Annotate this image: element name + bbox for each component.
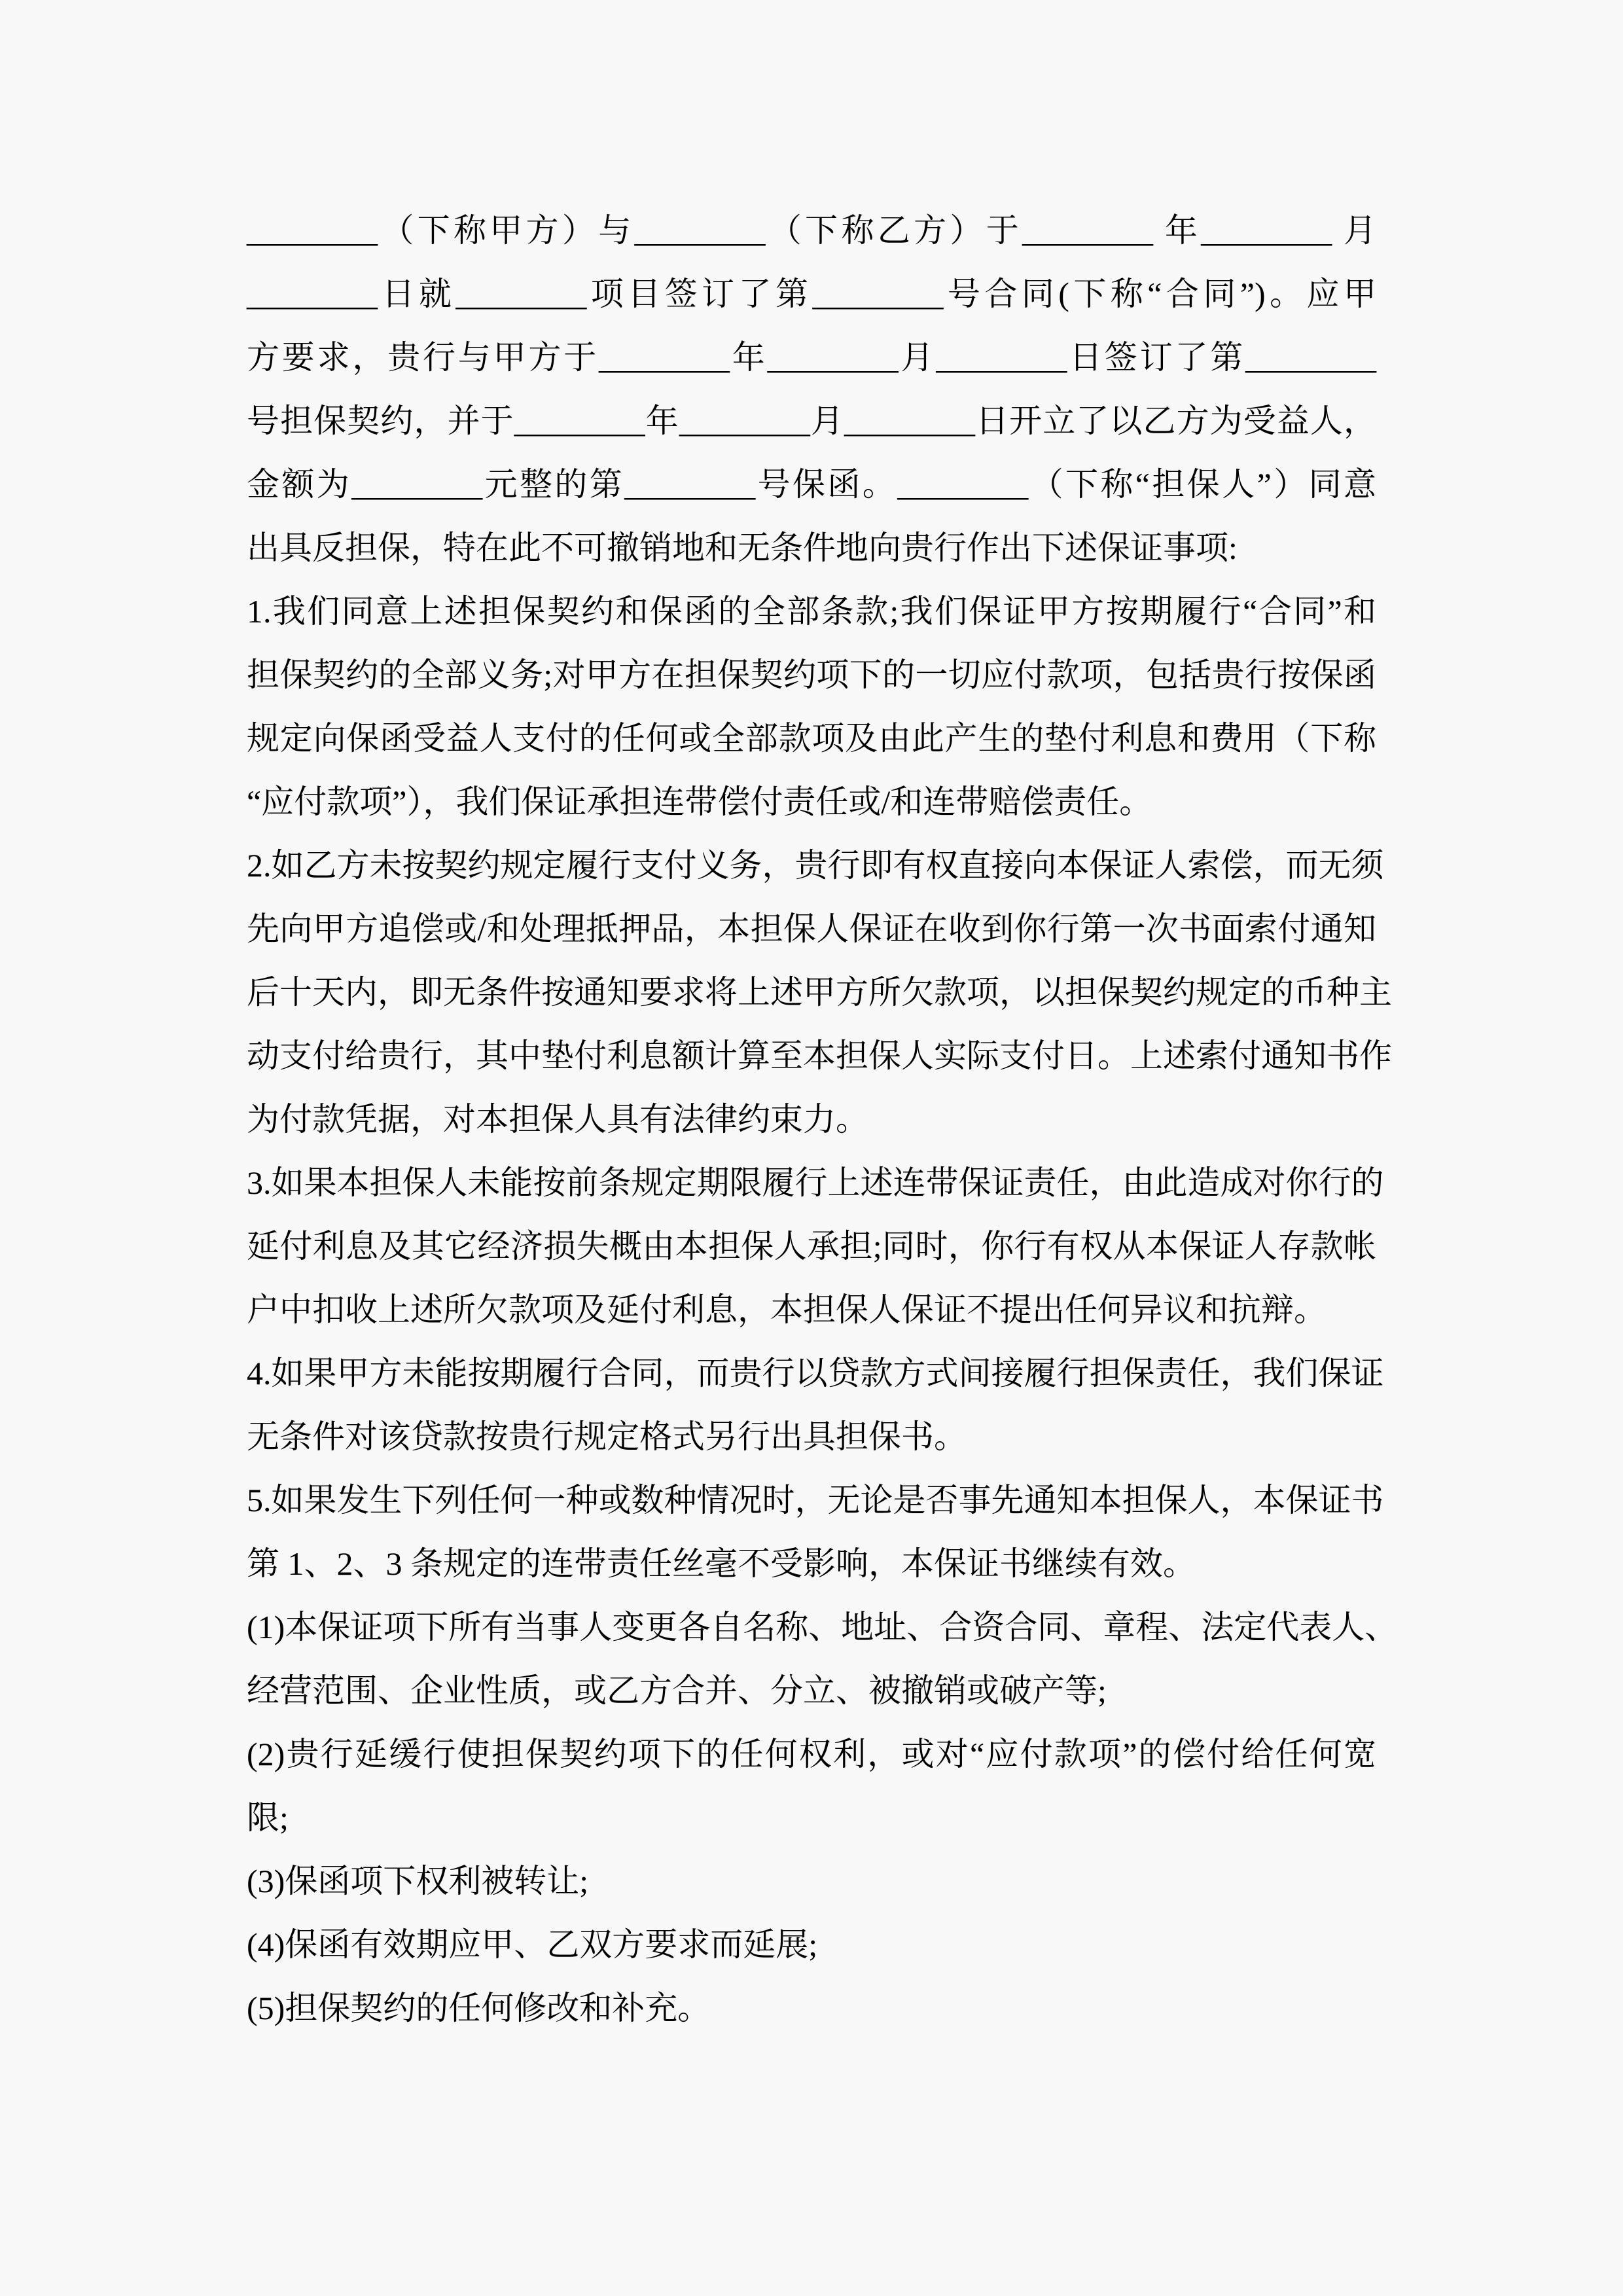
contract-text-block: ________（下称甲方）与________（下称乙方）于________ 年… — [247, 199, 1376, 2040]
doc-line-12: 先向甲方追偿或/和处理抵押品，本担保人保证在收到你行第一次书面索付通知 — [247, 897, 1376, 961]
doc-line-4: 号担保契约，并于________年________月________日开立了以乙… — [247, 389, 1376, 453]
doc-line-6: 出具反担保，特在此不可撤销地和无条件地向贵行作出下述保证事项: — [247, 516, 1376, 580]
doc-line-1: ________（下称甲方）与________（下称乙方）于________ 年… — [247, 199, 1376, 262]
doc-line-23: (1)本保证项下所有当事人变更各自名称、地址、合资合同、章程、法定代表人、 — [247, 1596, 1376, 1659]
doc-line-24: 经营范围、企业性质，或乙方合并、分立、被撤销或破产等; — [247, 1659, 1376, 1723]
doc-line-8: 担保契约的全部义务;对甲方在担保契约项下的一切应付款项，包括贵行按保函 — [247, 643, 1376, 707]
doc-line-22: 第 1、2、3 条规定的连带责任丝毫不受影响，本保证书继续有效。 — [247, 1532, 1376, 1596]
doc-line-14: 动支付给贵行，其中垫付利息额计算至本担保人实际支付日。上述索付通知书作 — [247, 1024, 1376, 1088]
doc-line-10: “应付款项”），我们保证承担连带偿付责任或/和连带赔偿责任。 — [247, 770, 1376, 834]
doc-line-27: (3)保函项下权利被转让; — [247, 1850, 1376, 1913]
doc-line-20: 无条件对该贷款按贵行规定格式另行出具担保书。 — [247, 1405, 1376, 1469]
document-page: ________（下称甲方）与________（下称乙方）于________ 年… — [0, 0, 1623, 2296]
doc-line-25: (2)贵行延缓行使担保契约项下的任何权利，或对“应付款项”的偿付给任何宽 — [247, 1723, 1376, 1786]
doc-line-17: 延付利息及其它经济损失概由本担保人承担;同时，你行有权从本保证人存款帐 — [247, 1215, 1376, 1278]
doc-line-11: 2.如乙方未按契约规定履行支付义务，贵行即有权直接向本保证人索偿，而无须 — [247, 834, 1376, 897]
doc-line-16: 3.如果本担保人未能按前条规定期限履行上述连带保证责任，由此造成对你行的 — [247, 1151, 1376, 1215]
doc-line-2: ________日就________项目签订了第________号合同(下称“合… — [247, 262, 1376, 326]
doc-line-3: 方要求，贵行与甲方于________年________月________日签订了… — [247, 326, 1376, 389]
doc-line-9: 规定向保函受益人支付的任何或全部款项及由此产生的垫付利息和费用（下称 — [247, 707, 1376, 770]
doc-line-28: (4)保函有效期应甲、乙双方要求而延展; — [247, 1913, 1376, 1977]
screenshot-root: { "page": { "background": "#f8f8f8", "te… — [0, 0, 1623, 2296]
doc-line-26: 限; — [247, 1786, 1376, 1850]
doc-line-18: 户中扣收上述所欠款项及延付利息，本担保人保证不提出任何异议和抗辩。 — [247, 1278, 1376, 1342]
doc-line-13: 后十天内，即无条件按通知要求将上述甲方所欠款项，以担保契约规定的币种主 — [247, 961, 1376, 1024]
doc-line-19: 4.如果甲方未能按期履行合同，而贵行以贷款方式间接履行担保责任，我们保证 — [247, 1342, 1376, 1405]
doc-line-15: 为付款凭据，对本担保人具有法律约束力。 — [247, 1088, 1376, 1151]
doc-line-7: 1.我们同意上述担保契约和保函的全部条款;我们保证甲方按期履行“合同”和 — [247, 580, 1376, 643]
doc-line-21: 5.如果发生下列任何一种或数种情况时，无论是否事先通知本担保人，本保证书 — [247, 1469, 1376, 1532]
doc-line-5: 金额为________元整的第________号保函。________（下称“担… — [247, 453, 1376, 516]
doc-line-29: (5)担保契约的任何修改和补充。 — [247, 1977, 1376, 2040]
